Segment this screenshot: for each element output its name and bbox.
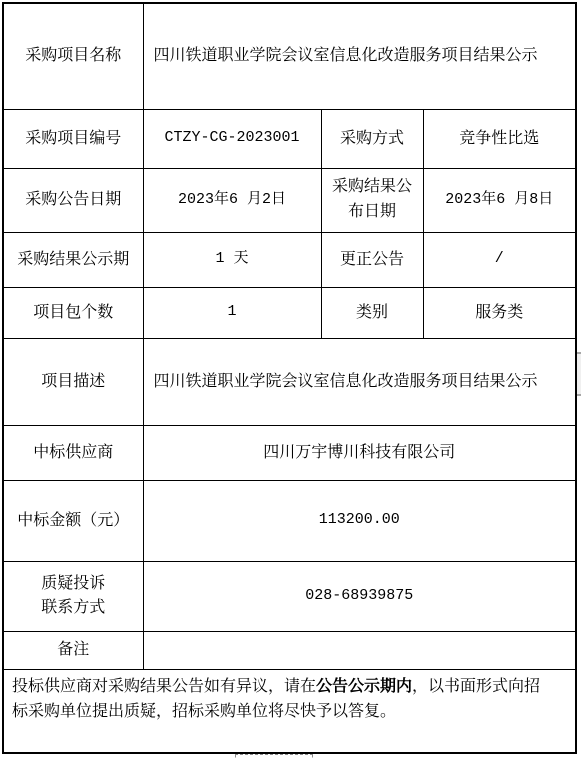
value-correction-notice: /	[423, 232, 576, 287]
table-row: 备注	[3, 631, 576, 669]
row-label-winning-amount: 中标金额（元）	[3, 480, 143, 561]
row-label-package-count: 项目包个数	[3, 287, 143, 338]
value-remarks	[143, 631, 576, 669]
value-project-number: CTZY-CG-2023001	[143, 109, 321, 168]
table-row: 质疑投诉 联系方式 028-68939875	[3, 561, 576, 631]
table-row: 采购项目名称 四川铁道职业学院会议室信息化改造服务项目结果公示	[3, 3, 576, 109]
table-row: 采购公告日期 2023年6 月2日 采购结果公布日期 2023年6 月8日	[3, 168, 576, 232]
row-label-complaint-contact: 质疑投诉 联系方式	[3, 561, 143, 631]
row-label-publicity-period: 采购结果公示期	[3, 232, 143, 287]
footer-note-text-pre: 投标供应商对采购结果公告如有异议，请在	[12, 678, 316, 695]
row-label-remarks: 备注	[3, 631, 143, 669]
table-row: 中标金额（元） 113200.00	[3, 480, 576, 561]
row-label-project-number: 采购项目编号	[3, 109, 143, 168]
row-label-project-name: 采购项目名称	[3, 3, 143, 109]
table-row: 采购项目编号 CTZY-CG-2023001 采购方式 竞争性比选	[3, 109, 576, 168]
table-row: 项目描述 四川铁道职业学院会议室信息化改造服务项目结果公示	[3, 338, 576, 425]
footer-note: 投标供应商对采购结果公告如有异议，请在公告公示期内，以书面形式向招标采购单位提出…	[3, 669, 576, 753]
value-winning-amount: 113200.00	[143, 480, 576, 561]
table-row: 中标供应商 四川万宇博川科技有限公司	[3, 425, 576, 480]
scrollbar-thumb-fragment[interactable]	[577, 352, 581, 396]
value-publicity-period: 1 天	[143, 232, 321, 287]
procurement-result-table: 采购项目名称 四川铁道职业学院会议室信息化改造服务项目结果公示 采购项目编号 C…	[2, 2, 577, 754]
value-result-publish-date: 2023年6 月8日	[423, 168, 576, 232]
row-label-procurement-method: 采购方式	[321, 109, 423, 168]
value-project-description: 四川铁道职业学院会议室信息化改造服务项目结果公示	[143, 338, 576, 425]
value-project-name: 四川铁道职业学院会议室信息化改造服务项目结果公示	[143, 3, 576, 109]
row-label-correction-notice: 更正公告	[321, 232, 423, 287]
table-row: 投标供应商对采购结果公告如有异议，请在公告公示期内，以书面形式向招标采购单位提出…	[3, 669, 576, 753]
table-row: 项目包个数 1 类别 服务类	[3, 287, 576, 338]
footer-note-text-bold: 公告公示期内	[316, 678, 412, 695]
value-procurement-method: 竞争性比选	[423, 109, 576, 168]
cropped-dashed-box	[235, 754, 313, 758]
value-complaint-contact: 028-68939875	[143, 561, 576, 631]
row-label-announcement-date: 采购公告日期	[3, 168, 143, 232]
row-label-result-publish-date: 采购结果公布日期	[321, 168, 423, 232]
value-category: 服务类	[423, 287, 576, 338]
row-label-winning-supplier: 中标供应商	[3, 425, 143, 480]
row-label-category: 类别	[321, 287, 423, 338]
value-winning-supplier: 四川万宇博川科技有限公司	[143, 425, 576, 480]
table-row: 采购结果公示期 1 天 更正公告 /	[3, 232, 576, 287]
value-announcement-date: 2023年6 月2日	[143, 168, 321, 232]
row-label-project-description: 项目描述	[3, 338, 143, 425]
value-package-count: 1	[143, 287, 321, 338]
